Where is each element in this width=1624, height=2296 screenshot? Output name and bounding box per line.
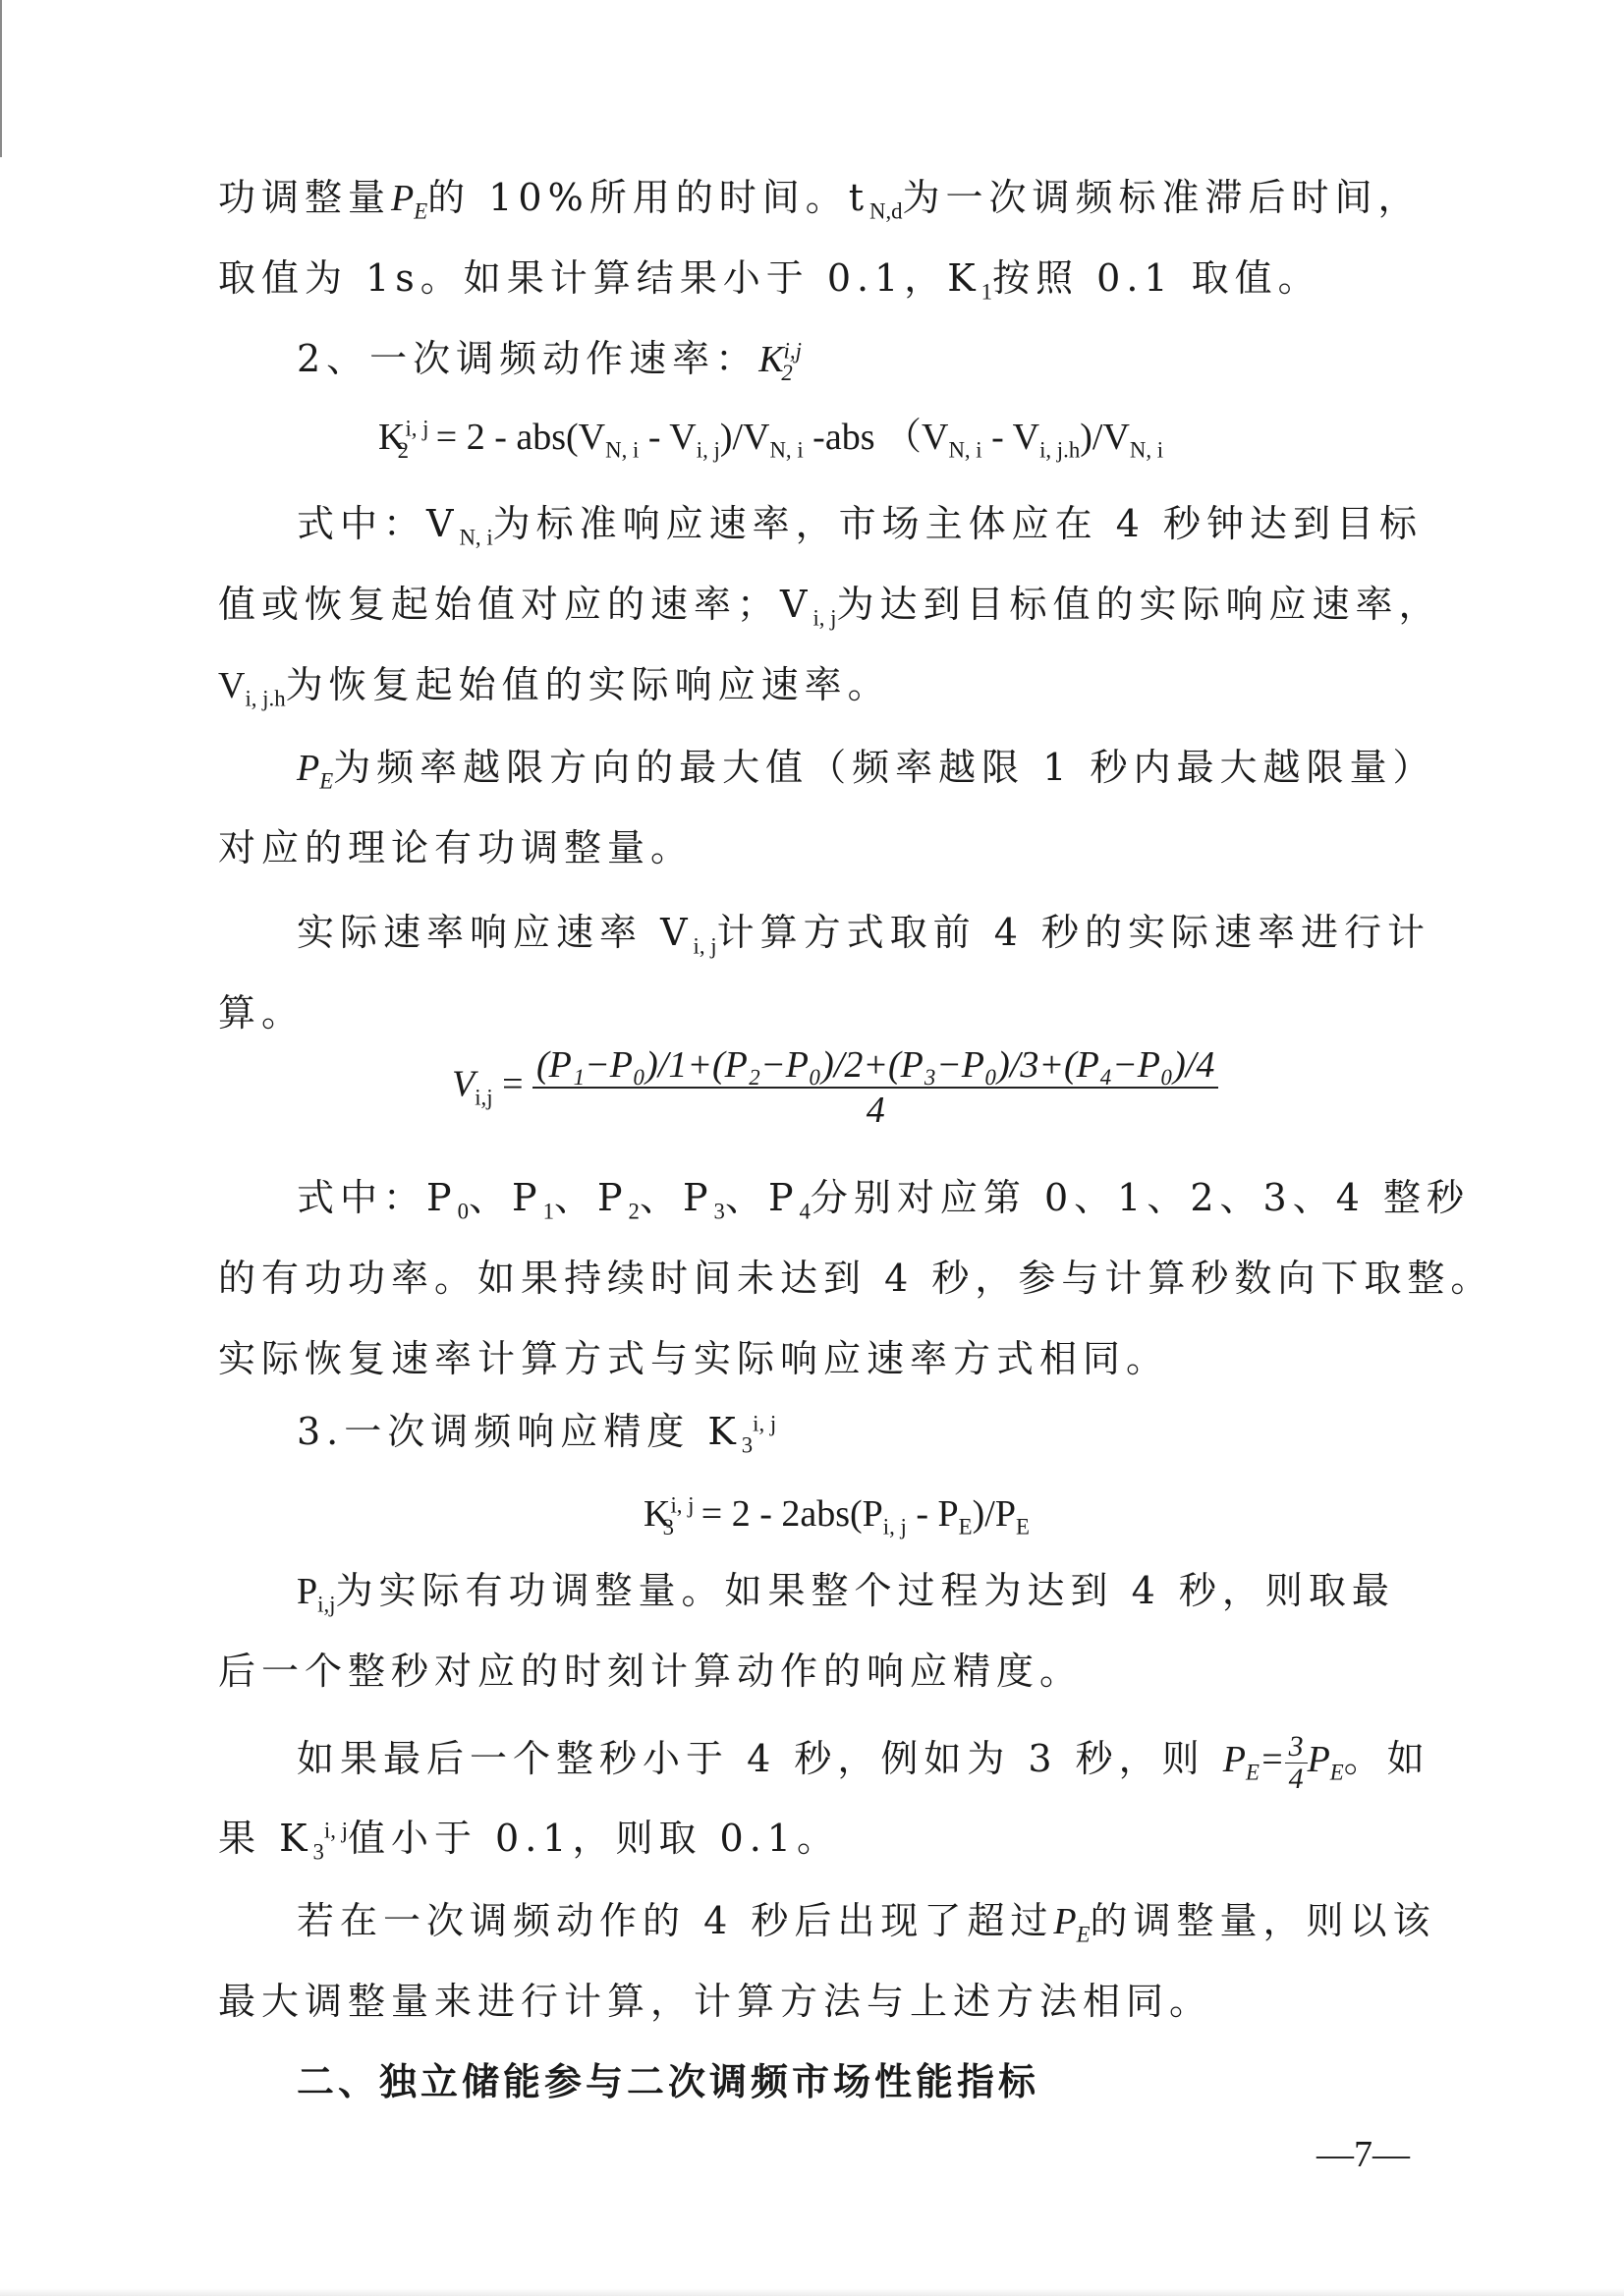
text: 分别对应第 0、1、2、3、4 整秒 [811, 1176, 1470, 1219]
paragraph-line: 实际恢复速率计算方式与实际响应速率方式相同。 [218, 1334, 1169, 1383]
math-pe-scaled: PE=34PE [1223, 1739, 1344, 1780]
paragraph-line: 如果最后一个整秒小于 4 秒，例如为 3 秒，则 PE=34PE。如 [297, 1731, 1430, 1795]
math-k2: Ki,j2 [758, 339, 793, 380]
paragraph-line: 若在一次调频动作的 4 秒后出现了超过PE的调整量，则以该 [297, 1896, 1436, 1946]
text: 为频率越限方向的最大值（频率越限 1 秒内最大越限量） [333, 746, 1435, 789]
text: 为一次调频标准滞后时间， [903, 176, 1422, 219]
paragraph-line: 果 K3i, j值小于 0.1，则取 0.1。 [218, 1814, 840, 1863]
math-pe: PE [1053, 1901, 1090, 1942]
text: V [218, 665, 245, 706]
subscript: N, i [459, 526, 492, 550]
math-pe: PE [297, 748, 333, 789]
text: 按照 0.1 取值。 [992, 256, 1321, 300]
text: 为标准响应速率，市场主体应在 4 秒钟达到目标 [493, 502, 1423, 545]
text: 为恢复起始值的实际响应速率。 [286, 663, 891, 706]
text: 的有功功率。如果持续时间未达到 4 秒，参与计算秒数向下取整。 [218, 1257, 1493, 1300]
text: 最大调整量来进行计算，计算方法与上述方法相同。 [218, 1980, 1212, 2023]
subscript: i, j [812, 606, 836, 631]
subscript: i, j [694, 934, 717, 959]
subscript: i, j.h [245, 687, 285, 711]
paragraph-line: 功调整量PE的 10%所用的时间。tN,d为一次调频标准滞后时间， [218, 173, 1422, 223]
text: 的 10%所用的时间。t [427, 176, 869, 219]
formula-k2: Ki, j2 = 2 - abs(VN, i - Vi, j)/VN, i -a… [378, 413, 1163, 462]
paragraph-line: Pi,j为实际有功调整量。如果整个过程为达到 4 秒，则取最 [297, 1566, 1395, 1616]
paragraph-line: 取值为 1s。如果计算结果小于 0.1，K1按照 0.1 取值。 [218, 253, 1321, 303]
paragraph-line: 的有功功率。如果持续时间未达到 4 秒，参与计算秒数向下取整。 [218, 1254, 1493, 1303]
subscript: N,d [869, 199, 903, 224]
text: 3.一次调频响应精度 K [297, 1410, 742, 1453]
paragraph-line: 对应的理论有功调整量。 [218, 823, 694, 872]
text: 为达到目标值的实际响应速率， [837, 583, 1442, 626]
paragraph-line: 算。 [218, 988, 305, 1037]
item-heading-k3: 3.一次调频响应精度 K3i, j [297, 1407, 776, 1456]
paragraph-line: PE为频率越限方向的最大值（频率越限 1 秒内最大越限量） [297, 743, 1436, 793]
scan-edge [0, 2288, 1624, 2296]
section-heading: 二、独立储能参与二次调频市场性能指标 [297, 2057, 1039, 2106]
page-number: —7— [1316, 2130, 1410, 2179]
text: 式中：P [297, 1176, 458, 1219]
text: 值或恢复起始值对应的速率；V [218, 583, 812, 626]
formula-vij: Vi,j = (P₁−P₀)/1+(P₂−P₀)/2+(P₃−P₀)/3+(P₄… [452, 1043, 1218, 1132]
text: P [297, 1571, 317, 1612]
text: 对应的理论有功调整量。 [218, 826, 694, 869]
text: 计算方式取前 4 秒的实际速率进行计 [717, 911, 1430, 954]
text: 取值为 1s。如果计算结果小于 0.1，K [218, 256, 981, 300]
text: 值小于 0.1，则取 0.1。 [348, 1817, 840, 1860]
text: 2、一次调频动作速率： [297, 337, 758, 380]
text: 实际速率响应速率 V [297, 911, 694, 954]
text: 后一个整秒对应的时刻计算动作的响应精度。 [218, 1650, 1083, 1693]
text: 功调整量 [218, 176, 391, 219]
text: 算。 [218, 991, 305, 1035]
scan-edge [0, 0, 2, 157]
paragraph-line: 最大调整量来进行计算，计算方法与上述方法相同。 [218, 1977, 1212, 2026]
paragraph-line: 实际速率响应速率 Vi, j计算方式取前 4 秒的实际速率进行计 [297, 908, 1430, 957]
paragraph-line: Vi, j.h为恢复起始值的实际响应速率。 [218, 660, 891, 710]
text: 如果最后一个整秒小于 4 秒，例如为 3 秒，则 [297, 1737, 1205, 1780]
text: 式中：V [297, 502, 459, 545]
item-heading-k2: 2、一次调频动作速率：Ki,j2 [297, 334, 793, 384]
formula-k3: Ki, j3 = 2 - 2abs(Pi, j - PE)/PE [644, 1489, 1030, 1539]
paragraph-line: 式中：P0、P1、P2、P3、P4分别对应第 0、1、2、3、4 整秒 [297, 1173, 1470, 1222]
paragraph-line: 式中：VN, i为标准响应速率，市场主体应在 4 秒钟达到目标 [297, 499, 1423, 548]
fraction: (P₁−P₀)/1+(P₂−P₀)/2+(P₃−P₀)/3+(P₄−P₀)/4 … [532, 1043, 1218, 1132]
text: 的调整量，则以该 [1091, 1899, 1436, 1942]
paragraph-line: 后一个整秒对应的时刻计算动作的响应精度。 [218, 1647, 1083, 1696]
subscript: 1 [981, 280, 992, 305]
paragraph-line: 值或恢复起始值对应的速率；Vi, j为达到目标值的实际响应速率， [218, 580, 1442, 629]
math-pe: PE [391, 178, 427, 219]
text: 果 K [218, 1817, 312, 1860]
text: 若在一次调频动作的 4 秒后出现了超过 [297, 1899, 1053, 1942]
text: 实际恢复速率计算方式与实际响应速率方式相同。 [218, 1337, 1169, 1380]
text: 为实际有功调整量。如果整个过程为达到 4 秒，则取最 [336, 1569, 1395, 1612]
text: 。如 [1344, 1737, 1430, 1780]
